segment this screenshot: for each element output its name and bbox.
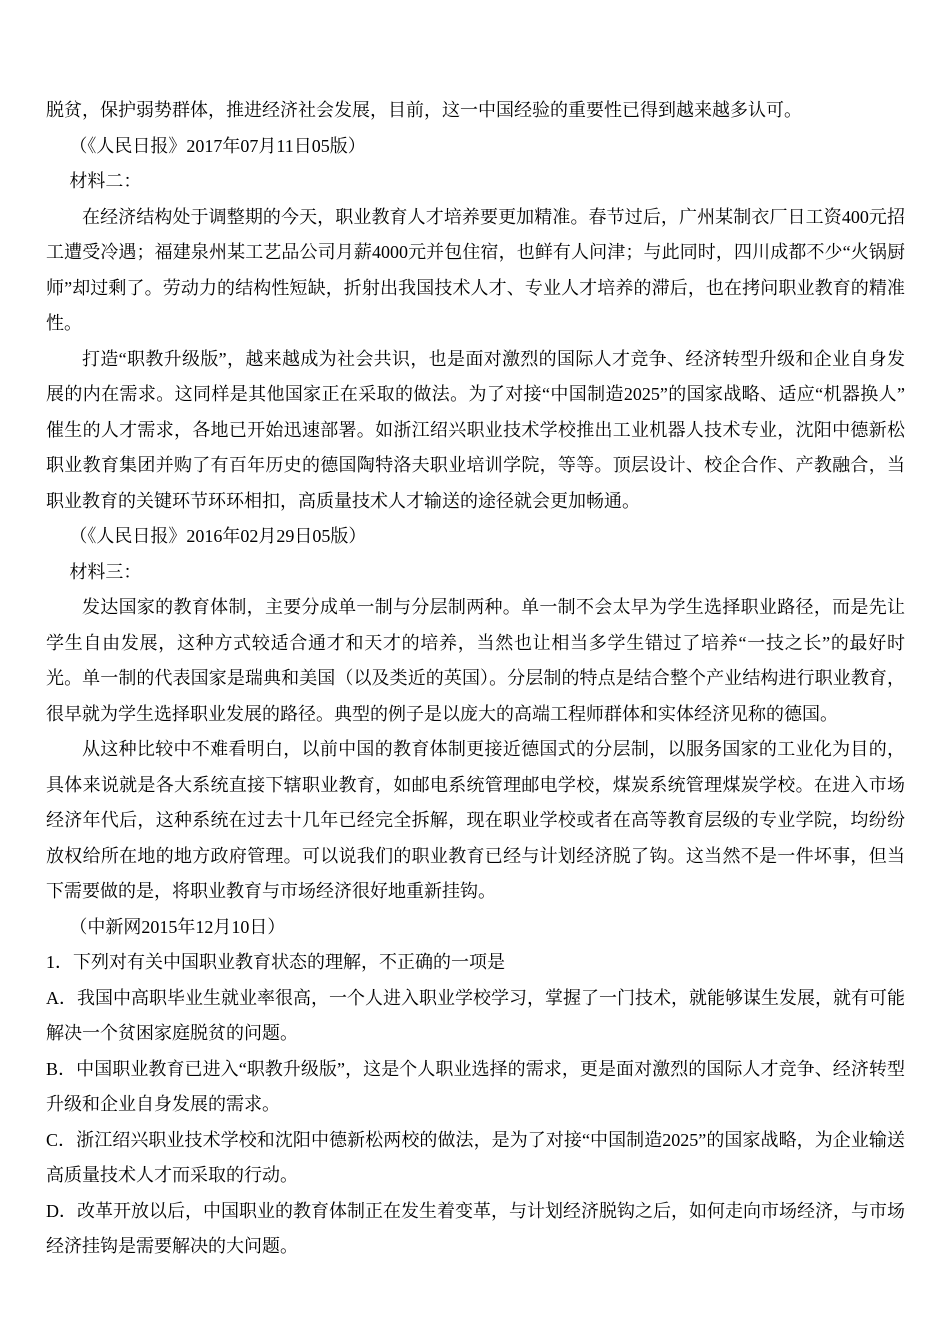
option-a: A．我国中高职毕业生就业率很高，一个人进入职业学校学习，掌握了一门技术，就能够谋… xyxy=(46,981,905,1052)
option-d: D．改革开放以后，中国职业的教育体制正在发生着变革，与计划经济脱钩之后，如何走向… xyxy=(46,1194,905,1265)
source-citation: （中新网2015年12月10日） xyxy=(46,910,905,946)
passage-continuation-line: 脱贫，保护弱势群体，推进经济社会发展，目前，这一中国经验的重要性已得到越来越多认… xyxy=(46,93,905,129)
source-citation: （《人民日报》2016年02月29日05版） xyxy=(46,519,905,555)
passage-paragraph: 发达国家的教育体制，主要分成单一制与分层制两种。单一制不会太早为学生选择职业路径… xyxy=(46,590,905,732)
material-two-label: 材料二： xyxy=(46,164,905,200)
passage-paragraph: 在经济结构处于调整期的今天，职业教育人才培养要更加精准。春节过后，广州某制衣厂日… xyxy=(46,200,905,342)
option-b: B．中国职业教育已进入“职教升级版”，这是个人职业选择的需求，更是面对激烈的国际… xyxy=(46,1052,905,1123)
passage-paragraph: 打造“职教升级版”，越来越成为社会共识，也是面对激烈的国际人才竞争、经济转型升级… xyxy=(46,342,905,520)
material-three-label: 材料三： xyxy=(46,555,905,591)
document-page: 脱贫，保护弱势群体，推进经济社会发展，目前，这一中国经验的重要性已得到越来越多认… xyxy=(0,0,950,1344)
passage-paragraph: 从这种比较中不难看明白，以前中国的教育体制更接近德国式的分层制，以服务国家的工业… xyxy=(46,732,905,910)
question-stem: 1．下列对有关中国职业教育状态的理解，不正确的一项是 xyxy=(46,945,905,981)
option-c: C．浙江绍兴职业技术学校和沈阳中德新松两校的做法，是为了对接“中国制造2025”… xyxy=(46,1123,905,1194)
reading-passage: 脱贫，保护弱势群体，推进经济社会发展，目前，这一中国经验的重要性已得到越来越多认… xyxy=(46,93,905,1265)
source-citation: （《人民日报》2017年07月11日05版） xyxy=(46,129,905,165)
